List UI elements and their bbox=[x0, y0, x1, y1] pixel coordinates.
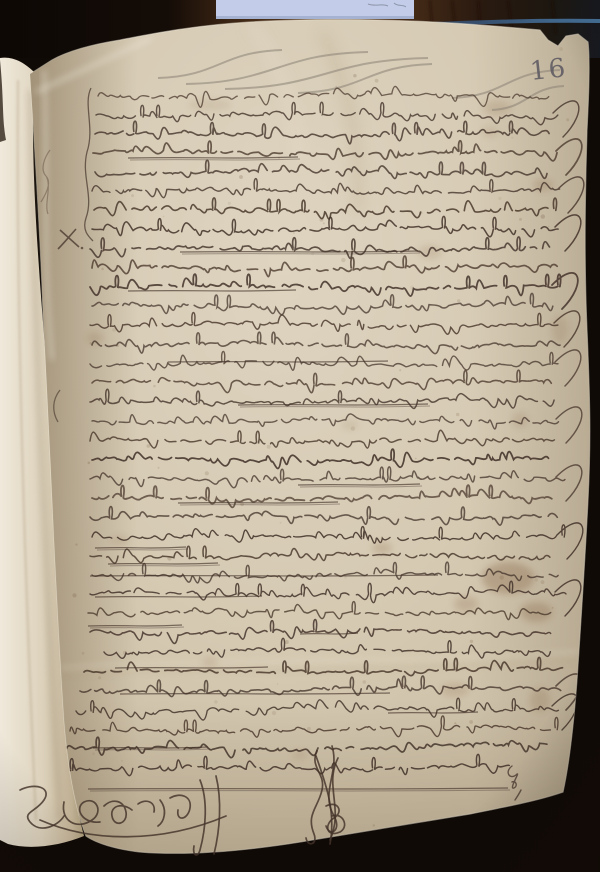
photo-vignette bbox=[0, 0, 600, 872]
photo-frame: 16 bbox=[0, 0, 600, 872]
manuscript-photo: 16 bbox=[0, 0, 600, 872]
